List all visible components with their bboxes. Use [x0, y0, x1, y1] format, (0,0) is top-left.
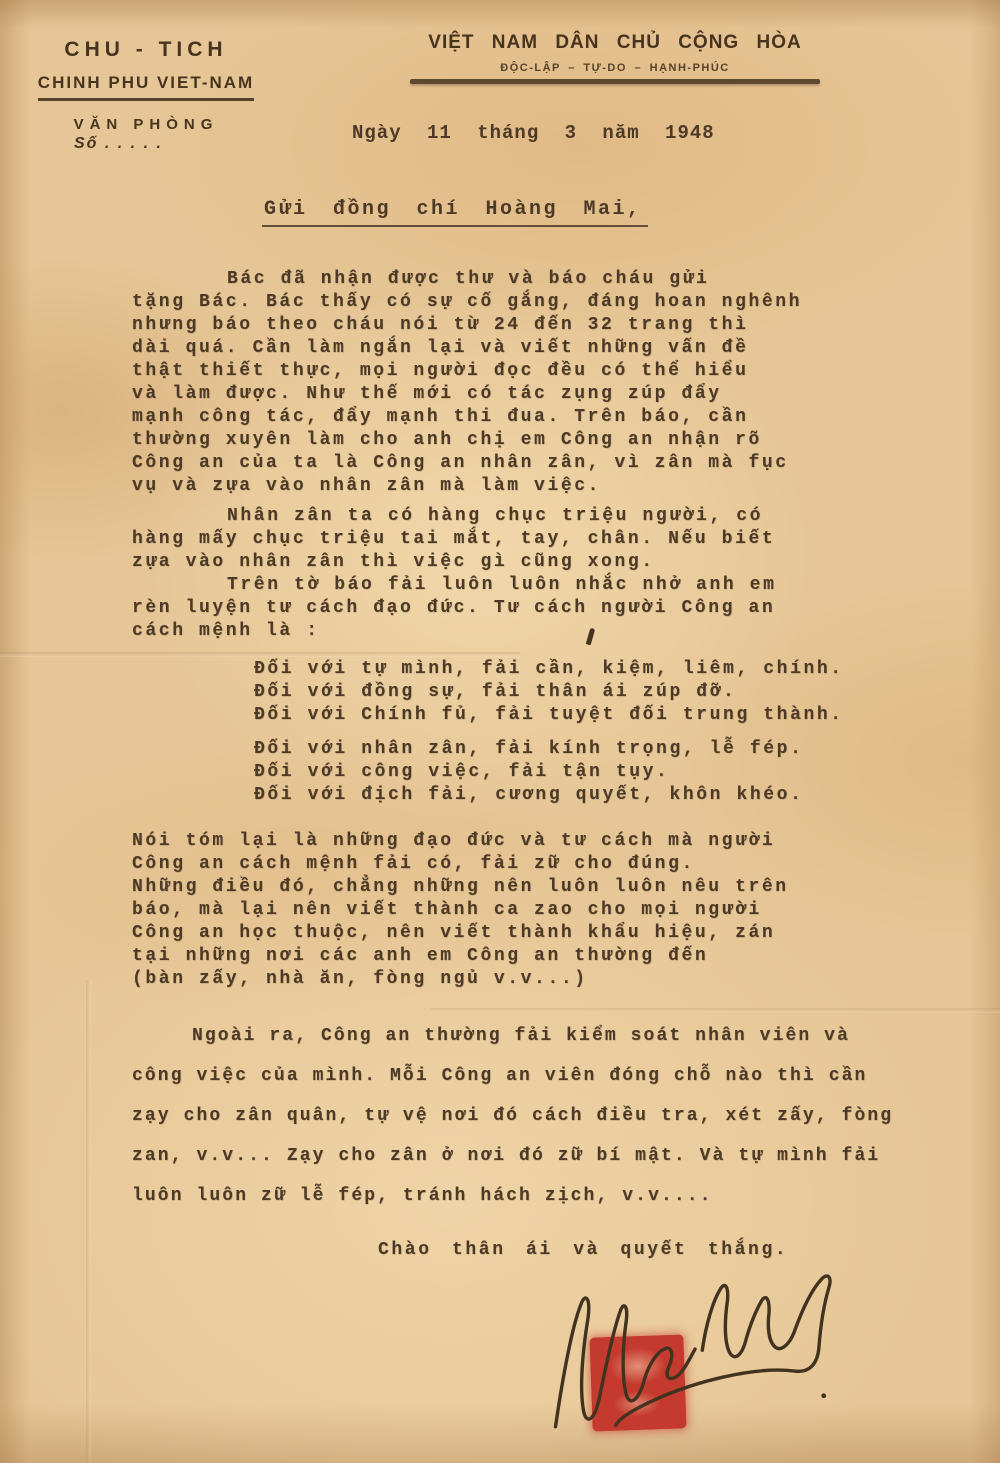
- national-motto: ĐỘC-LẬP – TỰ-DO – HẠNH-PHÚC: [408, 62, 822, 74]
- six-teachings-second-group: Đối với nhân zân, fải kính trọng, lễ fép…: [254, 738, 922, 807]
- text-line: hàng mấy chục triệu tai mắt, tay, chân. …: [132, 528, 922, 551]
- text-line: zựa vào nhân zân thì việc gì cũng xong.: [132, 551, 922, 574]
- text-line: Đối với nhân zân, fải kính trọng, lễ fép…: [254, 738, 922, 761]
- text-line: Nói tóm lại là những đạo đức và tư cách …: [132, 830, 922, 853]
- text-line: Đối với tự mình, fải cần, kiệm, liêm, ch…: [254, 658, 922, 681]
- date-line: Ngày 11 tháng 3 năm 1948: [352, 122, 715, 144]
- text-line: Những điều đó, chẳng những nên luôn luôn…: [132, 876, 922, 899]
- ho-chi-minh-signature-icon: [518, 1262, 863, 1457]
- text-line: Công an cách mệnh fải có, fải zữ cho đún…: [132, 853, 922, 876]
- text-line: Nhân zân ta có hàng chục triệu người, có: [132, 505, 922, 528]
- text-line: Đối với địch fải, cương quyết, khôn khéo…: [254, 784, 922, 807]
- text-line: vụ và zựa vào nhân zân mà làm việc.: [132, 475, 922, 498]
- text-line: và làm được. Như thế mới có tác zụng zúp…: [132, 383, 922, 406]
- text-line: thật thiết thực, mọi người đọc đều có th…: [132, 360, 922, 383]
- national-letterhead: VIỆT NAM DÂN CHỦ CỘNG HÒA ĐỘC-LẬP – TỰ-D…: [408, 32, 822, 84]
- text-line: Công an học thuộc, nên viết thành khẩu h…: [132, 922, 922, 945]
- text-line: thường xuyên làm cho anh chị em Công an …: [132, 429, 922, 452]
- text-line: tại những nơi các anh em Công an thường …: [132, 945, 922, 968]
- letterhead-rule: [410, 79, 820, 84]
- text-line: Trên tờ báo fải luôn luôn nhắc nhở anh e…: [132, 574, 922, 597]
- text-line: cách mệnh là :: [132, 620, 922, 643]
- text-line: tặng Bác. Bác thấy có sự cố gắng, đáng h…: [132, 291, 922, 314]
- paper-crease: [86, 980, 91, 1463]
- text-line: (bàn zấy, nhà ăn, fòng ngủ v.v...): [132, 968, 922, 991]
- text-line: zan, v.v... Zạy cho zân ở nơi đó zữ bí m…: [132, 1136, 922, 1176]
- six-teachings-first-group: Đối với tự mình, fải cần, kiệm, liêm, ch…: [254, 658, 922, 727]
- text-line: công việc của mình. Mỗi Công an viên đón…: [132, 1056, 922, 1096]
- letter-page: CHU - TICH CHINH PHU VIET-NAM VĂN PHÒNG …: [0, 0, 1000, 1463]
- text-line: luôn luôn zữ lễ fép, tránh hách zịch, v.…: [132, 1176, 922, 1216]
- text-line: Bác đã nhận được thư và báo cháu gửi: [132, 268, 922, 291]
- text-line: mạnh công tác, đẩy mạnh thi đua. Trên bá…: [132, 406, 922, 429]
- reference-number-line: Số . . . . .: [74, 135, 280, 153]
- text-line: Công an của ta là Công an nhân zân, vì z…: [132, 452, 922, 475]
- text-line: Đối với công việc, fải tận tụy.: [254, 761, 922, 784]
- text-line: báo, mà lại nên viết thành ca zao cho mọ…: [132, 899, 922, 922]
- paragraph-3: Trên tờ báo fải luôn luôn nhắc nhở anh e…: [132, 574, 922, 643]
- sender-letterhead: CHU - TICH CHINH PHU VIET-NAM VĂN PHÒNG …: [12, 38, 280, 153]
- letter-body: Bác đã nhận được thư và báo cháu gửitặng…: [132, 268, 922, 1260]
- text-line: nhưng báo theo cháu nói từ 24 đến 32 tra…: [132, 314, 922, 337]
- text-line: Đối với Chính fủ, fải tuyệt đối trung th…: [254, 704, 922, 727]
- sender-office-title: CHU - TICH: [12, 38, 280, 62]
- text-line: Đối với đồng sự, fải thân ái zúp đỡ.: [254, 681, 922, 704]
- text-line: rèn luyện tư cách đạo đức. Tư cách người…: [132, 597, 922, 620]
- closing-line: Chào thân ái và quyết thắng.: [378, 1240, 922, 1260]
- salutation: Gửi đồng chí Hoàng Mai,: [262, 198, 648, 227]
- text-line: zạy cho zân quân, tự vệ nơi đó cách điều…: [132, 1096, 922, 1136]
- paragraph-4: Nói tóm lại là những đạo đức và tư cách …: [132, 830, 922, 991]
- paragraph-5: Ngoài ra, Công an thường fải kiểm soát n…: [132, 1016, 922, 1216]
- signature-block: [518, 1262, 863, 1457]
- sender-bureau-line: VĂN PHÒNG: [12, 116, 280, 133]
- text-line: Ngoài ra, Công an thường fải kiểm soát n…: [132, 1016, 922, 1056]
- text-line: dài quá. Cần làm ngắn lại và viết những …: [132, 337, 922, 360]
- national-title: VIỆT NAM DÂN CHỦ CỘNG HÒA: [408, 32, 822, 54]
- paragraph-1: Bác đã nhận được thư và báo cháu gửitặng…: [132, 268, 922, 498]
- sender-government-line: CHINH PHU VIET-NAM: [38, 73, 254, 101]
- paragraph-2: Nhân zân ta có hàng chục triệu người, có…: [132, 505, 922, 574]
